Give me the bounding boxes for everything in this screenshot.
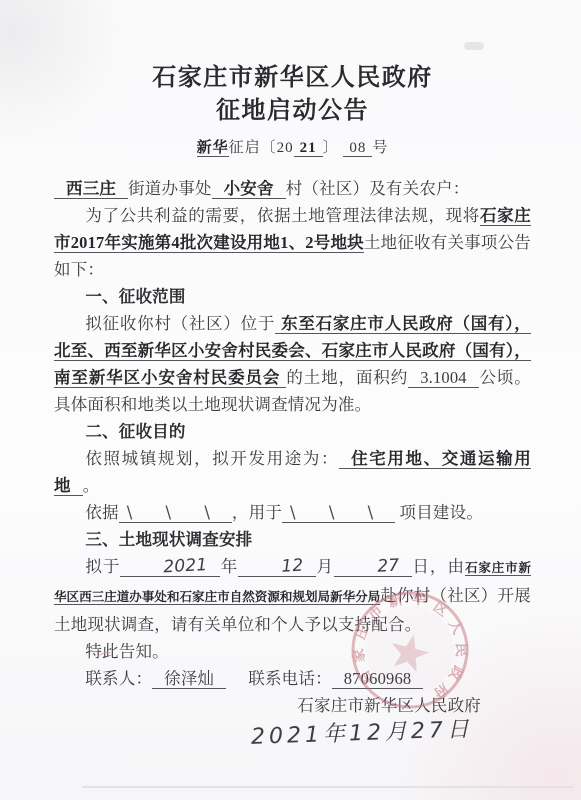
- survey-year-fill: 2021: [132, 552, 209, 583]
- survey-day-fill: 27: [345, 553, 400, 583]
- section1-lead: 拟征收你村（社区）位于: [85, 314, 275, 333]
- year-label: 年: [220, 557, 238, 576]
- section3-heading: 三、土地现状调查安排: [54, 526, 531, 553]
- document-body: 西三庄街道办事处小安舍村（社区）及有关农户： 为了公共利益的需要，依据土地管理法…: [54, 175, 531, 753]
- section1-mid: 的土地，面积约: [286, 368, 408, 387]
- day-label: 日，由: [412, 557, 466, 576]
- docno-number-fill: 08: [343, 140, 372, 157]
- section1-heading: 一、征收范围: [54, 283, 531, 310]
- notice-line: 特此告知。: [54, 638, 531, 665]
- salutation-rest: 村（社区）及有关农户：: [286, 179, 470, 198]
- title-line-authority: 石家庄市新华区人民政府: [54, 62, 531, 95]
- scan-smudge: [464, 42, 484, 50]
- survey-org-fill-2: 石家庄市自然资源和规划局新华分局: [180, 590, 381, 605]
- intro-paragraph: 为了公共利益的需要，依据土地管理法律法规，现将石家庄市2017年实施第4批次建设…: [54, 202, 531, 283]
- contact-line: 联系人：徐泽灿联系电话：87060968: [54, 665, 531, 692]
- signing-authority: 石家庄市新华区人民政府: [54, 692, 531, 719]
- section2-line1-lead: 依照城镇规划，拟开发用途为：: [85, 449, 339, 468]
- phone-number-fill: 87060968: [332, 669, 424, 689]
- area-fill: 3.1004: [408, 368, 479, 388]
- docno-year-fill: 21: [294, 140, 323, 157]
- section2-line1: 依照城镇规划，拟开发用途为：住宅用地、交通运输用地。: [54, 445, 531, 499]
- section2-line1-tail: 。: [83, 476, 100, 495]
- contact-name-fill: 徐泽灿: [152, 669, 226, 689]
- section2-heading: 二、征收目的: [54, 418, 531, 445]
- docno-close: 〕: [323, 140, 339, 156]
- section3-lead: 拟于: [85, 557, 120, 576]
- street-office-label: 街道办事处: [128, 179, 212, 198]
- contact-label: 联系人：: [85, 669, 152, 688]
- docno-suffix: 号: [372, 140, 388, 156]
- document-title: 石家庄市新华区人民政府 征地启动公告: [54, 62, 531, 128]
- project-blank-fill: \ \ \: [282, 503, 395, 523]
- document-photo: 石家庄市新华区人民政府 征地启动公告 新华征启〔2021〕 08号 西三庄街道办…: [0, 0, 581, 800]
- used-for-label: ，用于: [232, 503, 282, 522]
- basis-blank-fill: \ \ \: [119, 503, 232, 523]
- salutation-line: 西三庄街道办事处小安舍村（社区）及有关农户：: [54, 175, 531, 202]
- section1-paragraph: 拟征收你村（社区）位于东至石家庄市人民政府（国有），北至、西至新华区小安舍村民委…: [54, 310, 531, 418]
- street-office-fill: 西三庄: [54, 179, 128, 199]
- survey-month-fill: 12: [250, 553, 305, 583]
- paper-edge-shadow: [82, 786, 574, 788]
- basis-label: 依据: [85, 503, 118, 522]
- signature-date: 2021年12月27日: [54, 719, 531, 753]
- docno-issuer-fill: 新华: [197, 140, 229, 157]
- announcement-document: 石家庄市新华区人民政府 征地启动公告 新华征启〔2021〕 08号 西三庄街道办…: [54, 62, 531, 753]
- section2-line2: 依据\ \ \，用于\ \ \ 项目建设。: [54, 499, 531, 526]
- title-line-subject: 征地启动公告: [54, 95, 531, 128]
- docno-mid: 征启〔20: [229, 140, 294, 156]
- month-label: 月: [316, 557, 334, 576]
- section3-paragraph: 拟于2021年12月27日，由石家庄市新华区西三庄道办事处和石家庄市自然资源和规…: [54, 553, 531, 638]
- document-number: 新华征启〔2021〕 08号: [54, 136, 531, 157]
- signature-date-handwriting: 2021年12月27日: [251, 716, 474, 751]
- village-fill: 小安舍: [212, 179, 286, 199]
- section2-line2-tail: 项目建设。: [400, 503, 484, 522]
- phone-label: 联系电话：: [248, 669, 332, 688]
- intro-lead: 为了公共利益的需要，依据土地管理法律法规，现将: [85, 206, 480, 225]
